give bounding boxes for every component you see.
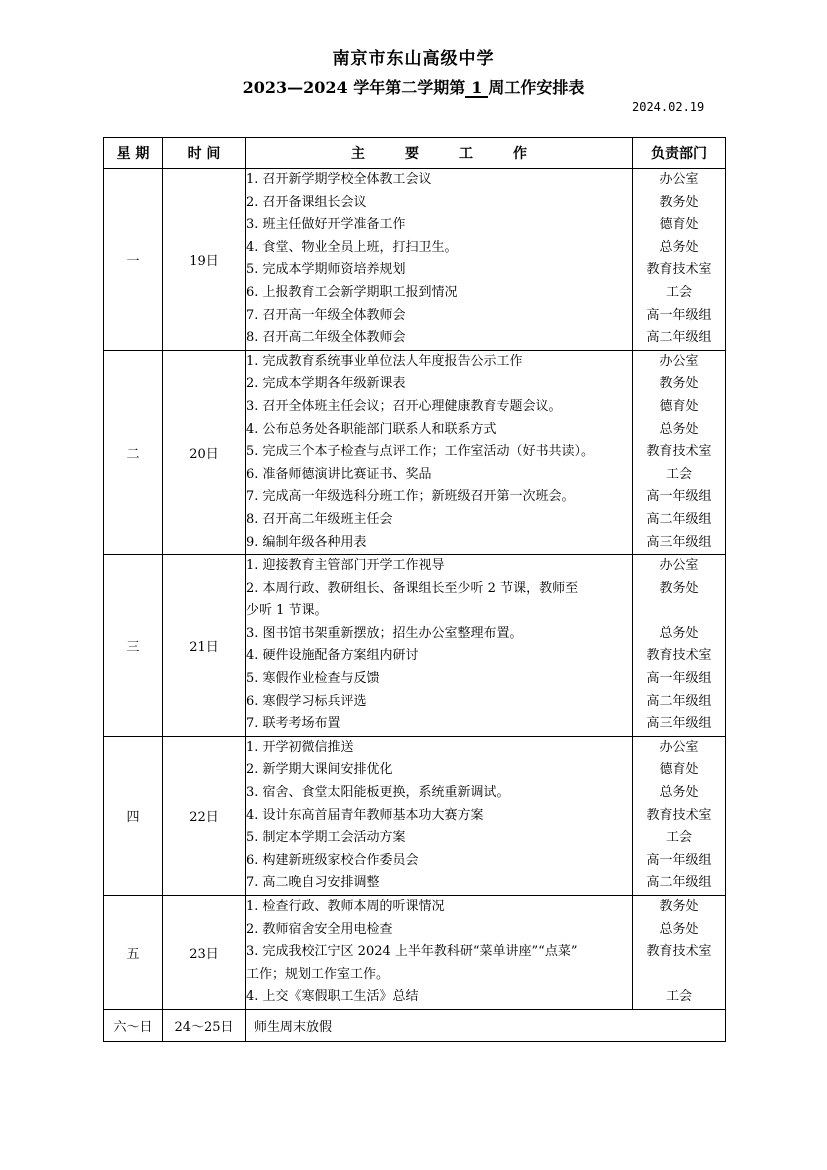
header-dept: 负责部门 xyxy=(633,138,726,169)
work-item: 6. 构建新班级家校合作委员会 xyxy=(246,850,632,873)
dept-item: 教育技术室 xyxy=(633,259,725,282)
dept-item: 高一年级组 xyxy=(633,668,725,691)
dept-item: 教务处 xyxy=(633,896,725,919)
dept-item: 办公室 xyxy=(633,351,725,374)
work-item: 6. 寒假学习标兵评选 xyxy=(246,691,632,714)
dept-item: 教务处 xyxy=(633,192,725,215)
work-item: 1. 检查行政、教师本周的听课情况 xyxy=(246,896,632,919)
work-cell: 师生周末放假 xyxy=(246,1009,726,1041)
dept-item: 教务处 xyxy=(633,373,725,396)
work-item: 3. 完成我校江宁区 2024 上半年教科研“菜单讲座”“点菜” xyxy=(246,941,632,964)
date-cell: 22日 xyxy=(163,736,246,895)
work-item: 8. 召开高二年级全体教师会 xyxy=(246,327,632,350)
work-item: 1. 召开新学期学校全体教工会议 xyxy=(246,169,632,192)
dept-item: 工会 xyxy=(633,986,725,1009)
table-header-row: 星 期 时 间 主要工作 负责部门 xyxy=(104,138,726,169)
work-item: 9. 编制年级各种用表 xyxy=(246,532,632,555)
work-item: 6. 准备师德演讲比赛证书、奖品 xyxy=(246,464,632,487)
dept-item: 教育技术室 xyxy=(633,645,725,668)
date-cell: 23日 xyxy=(163,896,246,1010)
dept-item: 总务处 xyxy=(633,623,725,646)
dept-item: 工会 xyxy=(633,282,725,305)
dept-item: 德育处 xyxy=(633,214,725,237)
table-row: 二20日1. 完成教育系统事业单位法人年度报告公示工作2. 完成本学期各年级新课… xyxy=(104,350,726,554)
work-item: 4. 上交《寒假职工生活》总结 xyxy=(246,986,632,1009)
table-row: 三21日1. 迎接教育主管部门开学工作视导2. 本周行政、教研组长、备课组长至少… xyxy=(104,555,726,737)
work-item: 7. 召开高一年级全体教师会 xyxy=(246,305,632,328)
dept-cell: 教务处总务处教育技术室工会 xyxy=(633,896,726,1010)
dept-item: 总务处 xyxy=(633,237,725,260)
dept-item xyxy=(633,964,725,987)
work-cell: 1. 召开新学期学校全体教工会议2. 召开备课组长会议3. 班主任做好开学准备工… xyxy=(246,169,633,351)
dept-item: 高三年级组 xyxy=(633,713,725,736)
day-cell: 六～日 xyxy=(104,1009,163,1041)
work-item: 少听 1 节课。 xyxy=(246,600,632,623)
work-item: 5. 完成本学期师资培养规划 xyxy=(246,259,632,282)
work-item: 7. 完成高一年级选科分班工作；新班级召开第一次班会。 xyxy=(246,486,632,509)
work-item: 7. 联考考场布置 xyxy=(246,713,632,736)
dept-item: 办公室 xyxy=(633,737,725,760)
work-item: 5. 制定本学期工会活动方案 xyxy=(246,827,632,850)
dept-item: 高一年级组 xyxy=(633,305,725,328)
dept-item: 德育处 xyxy=(633,759,725,782)
table-row-weekend: 六～日 24～25日 师生周末放假 xyxy=(104,1009,726,1041)
dept-item: 高一年级组 xyxy=(633,850,725,873)
work-item: 4. 设计东高首届青年教师基本功大赛方案 xyxy=(246,805,632,828)
dept-cell: 办公室德育处总务处教育技术室工会高一年级组高二年级组 xyxy=(633,736,726,895)
dept-item: 总务处 xyxy=(633,782,725,805)
work-item: 1. 迎接教育主管部门开学工作视导 xyxy=(246,555,632,578)
dept-item: 办公室 xyxy=(633,555,725,578)
dept-item: 教育技术室 xyxy=(633,805,725,828)
dept-cell: 办公室教务处总务处教育技术室高一年级组高二年级组高三年级组 xyxy=(633,555,726,737)
work-cell: 1. 完成教育系统事业单位法人年度报告公示工作2. 完成本学期各年级新课表3. … xyxy=(246,350,633,554)
dept-item: 高二年级组 xyxy=(633,872,725,895)
dept-item: 教育技术室 xyxy=(633,941,725,964)
dept-item: 德育处 xyxy=(633,396,725,419)
weekly-schedule-table: 星 期 时 间 主要工作 负责部门 一19日1. 召开新学期学校全体教工会议2.… xyxy=(103,137,726,1042)
work-item: 2. 召开备课组长会议 xyxy=(246,192,632,215)
date-cell: 19日 xyxy=(163,169,246,351)
work-item: 3. 宿舍、食堂太阳能板更换，系统重新调试。 xyxy=(246,782,632,805)
header-work-char: 要 xyxy=(405,143,419,163)
work-cell: 1. 迎接教育主管部门开学工作视导2. 本周行政、教研组长、备课组长至少听 2 … xyxy=(246,555,633,737)
header-work-char: 作 xyxy=(513,143,527,163)
work-item: 3. 召开全体班主任会议；召开心理健康教育专题会议。 xyxy=(246,396,632,419)
work-item: 1. 开学初微信推送 xyxy=(246,737,632,760)
dept-cell: 办公室教务处德育处总务处教育技术室工会高一年级组高二年级组 xyxy=(633,169,726,351)
table-row: 四22日1. 开学初微信推送2. 新学期大课间安排优化3. 宿舍、食堂太阳能板更… xyxy=(104,736,726,895)
dept-item: 办公室 xyxy=(633,169,725,192)
school-name: 南京市东山高级中学 xyxy=(0,44,827,69)
work-cell: 1. 检查行政、教师本周的听课情况2. 教师宿舍安全用电检查3. 完成我校江宁区… xyxy=(246,896,633,1010)
day-cell: 二 xyxy=(104,350,163,554)
week-number: 1 xyxy=(465,79,488,98)
day-cell: 五 xyxy=(104,896,163,1010)
day-cell: 一 xyxy=(104,169,163,351)
work-item: 2. 新学期大课间安排优化 xyxy=(246,759,632,782)
header-date: 时 间 xyxy=(163,138,246,169)
dept-item: 高一年级组 xyxy=(633,486,725,509)
header-work-char: 主 xyxy=(351,143,365,163)
work-item: 5. 完成三个本子检查与点评工作；工作室活动（好书共读）。 xyxy=(246,441,632,464)
title-prefix: 2023—2024 学年第二学期第 xyxy=(243,78,466,97)
dept-item: 教务处 xyxy=(633,578,725,601)
dept-item: 工会 xyxy=(633,827,725,850)
work-item: 4. 公布总务处各职能部门联系人和联系方式 xyxy=(246,419,632,442)
dept-item: 总务处 xyxy=(633,419,725,442)
work-item: 2. 本周行政、教研组长、备课组长至少听 2 节课，教师至 xyxy=(246,578,632,601)
dept-item xyxy=(633,600,725,623)
dept-item: 高二年级组 xyxy=(633,509,725,532)
work-item: 3. 图书馆书架重新摆放；招生办公室整理布置。 xyxy=(246,623,632,646)
table-row: 一19日1. 召开新学期学校全体教工会议2. 召开备课组长会议3. 班主任做好开… xyxy=(104,169,726,351)
dept-item: 工会 xyxy=(633,464,725,487)
work-item: 2. 完成本学期各年级新课表 xyxy=(246,373,632,396)
dept-item: 高二年级组 xyxy=(633,691,725,714)
dept-item: 总务处 xyxy=(633,919,725,942)
date-cell: 24～25日 xyxy=(163,1009,246,1041)
document-date: 2024.02.19 xyxy=(632,100,704,114)
date-cell: 20日 xyxy=(163,350,246,554)
day-cell: 四 xyxy=(104,736,163,895)
table-row: 五23日1. 检查行政、教师本周的听课情况2. 教师宿舍安全用电检查3. 完成我… xyxy=(104,896,726,1010)
dept-item: 高三年级组 xyxy=(633,532,725,555)
work-item: 工作；规划工作室工作。 xyxy=(246,964,632,987)
document-title: 2023—2024 学年第二学期第1周工作安排表 xyxy=(0,75,827,98)
header-day: 星 期 xyxy=(104,138,163,169)
work-item: 2. 教师宿舍安全用电检查 xyxy=(246,919,632,942)
date-cell: 21日 xyxy=(163,555,246,737)
header-work: 主要工作 xyxy=(246,138,633,169)
title-suffix: 周工作安排表 xyxy=(488,78,584,97)
header-work-char: 工 xyxy=(459,143,473,163)
work-item: 6. 上报教育工会新学期职工报到情况 xyxy=(246,282,632,305)
work-cell: 1. 开学初微信推送2. 新学期大课间安排优化3. 宿舍、食堂太阳能板更换，系统… xyxy=(246,736,633,895)
work-item: 7. 高二晚自习安排调整 xyxy=(246,872,632,895)
work-item: 4. 食堂、物业全员上班，打扫卫生。 xyxy=(246,237,632,260)
dept-item: 教育技术室 xyxy=(633,441,725,464)
work-item: 8. 召开高二年级班主任会 xyxy=(246,509,632,532)
work-item: 3. 班主任做好开学准备工作 xyxy=(246,214,632,237)
work-item: 1. 完成教育系统事业单位法人年度报告公示工作 xyxy=(246,351,632,374)
work-item: 5. 寒假作业检查与反馈 xyxy=(246,668,632,691)
dept-cell: 办公室教务处德育处总务处教育技术室工会高一年级组高二年级组高三年级组 xyxy=(633,350,726,554)
work-item: 4. 硬件设施配备方案组内研讨 xyxy=(246,645,632,668)
dept-item: 高二年级组 xyxy=(633,327,725,350)
day-cell: 三 xyxy=(104,555,163,737)
